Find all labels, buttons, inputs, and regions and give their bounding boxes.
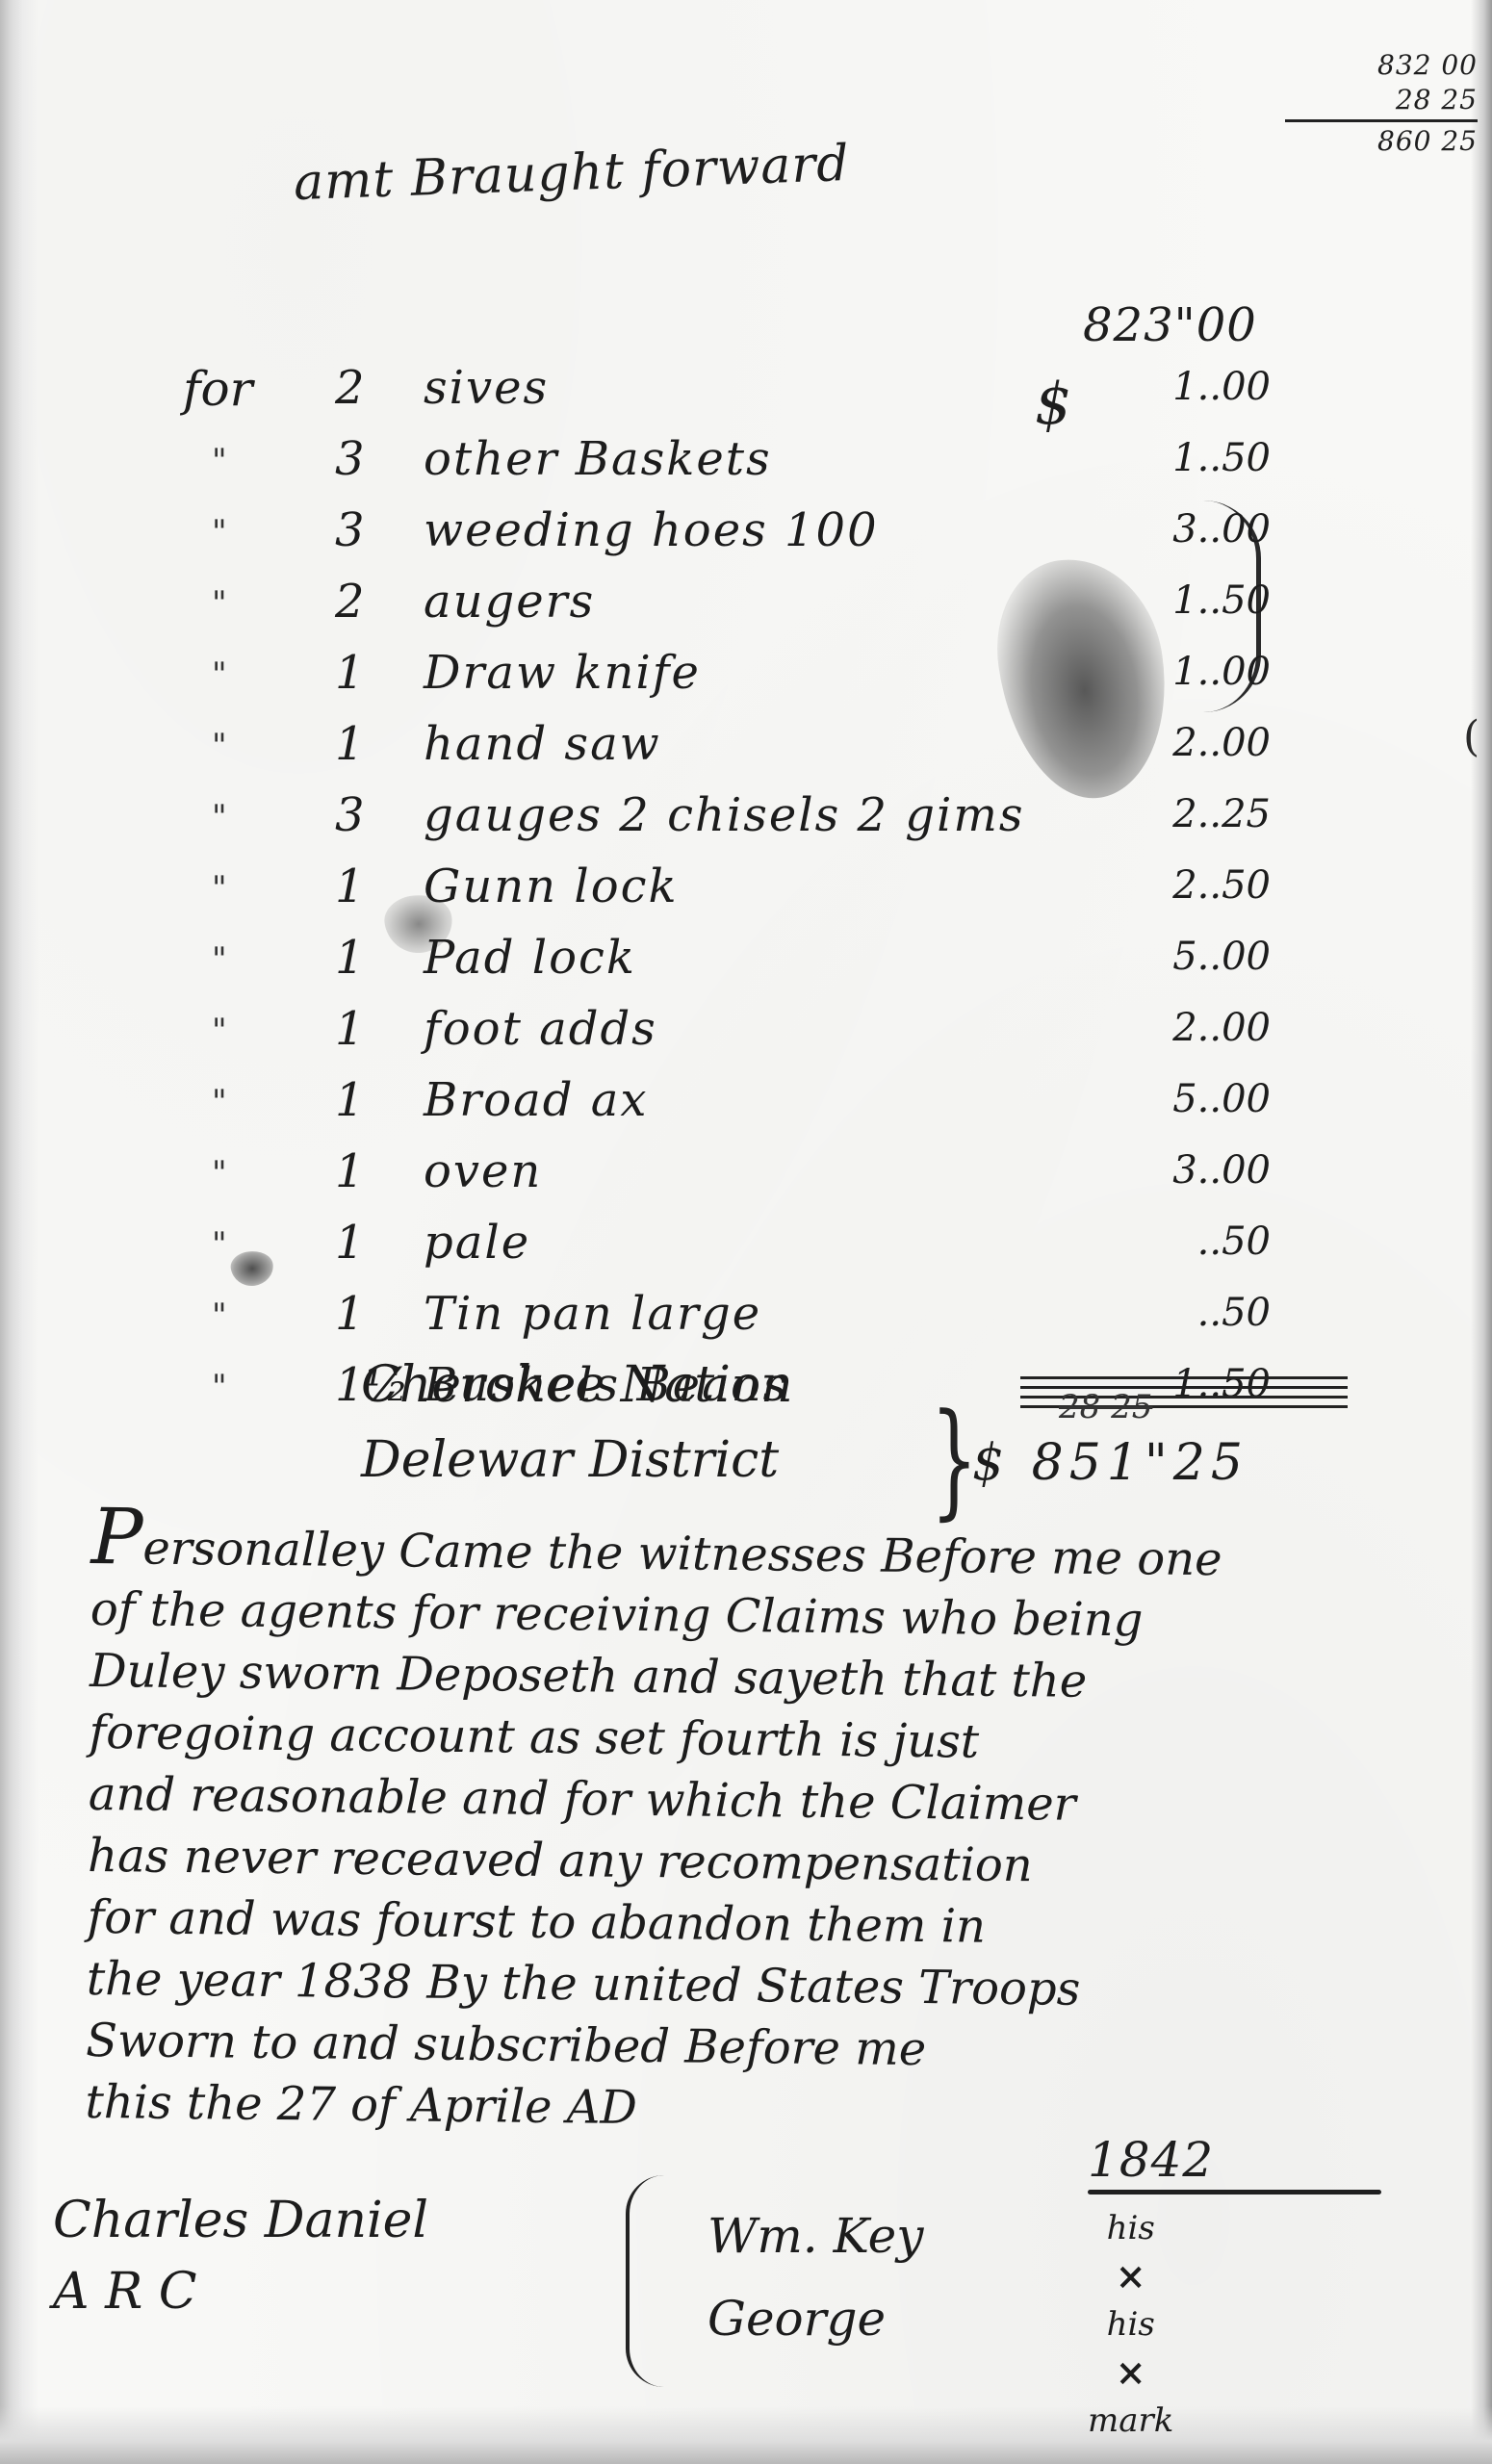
item-description: other Baskets bbox=[424, 432, 772, 486]
ditto-mark: " bbox=[212, 940, 227, 979]
header-title: amt Braught forward bbox=[293, 135, 850, 212]
item-price: 2..50 bbox=[1078, 863, 1271, 908]
page-bottom-edge-shadow bbox=[0, 2406, 1492, 2464]
witness-marks: his × his × mark bbox=[1088, 2204, 1173, 2445]
edge-paren-mark: ( bbox=[1463, 712, 1479, 761]
item-price: 1..00 bbox=[1078, 650, 1271, 694]
margin-calc-rule bbox=[1285, 119, 1478, 122]
grand-total-value: 851"25 bbox=[1032, 1434, 1248, 1492]
mark-label-mark: mark bbox=[1088, 2397, 1173, 2445]
item-description: gauges 2 chisels 2 gims bbox=[424, 788, 1025, 842]
item-price: 1..50 bbox=[1078, 436, 1271, 480]
margin-calc-result: 860 25 bbox=[1285, 124, 1478, 159]
ditto-mark: " bbox=[212, 1225, 227, 1264]
grand-total-dollar-icon: $ bbox=[972, 1434, 1010, 1492]
affidavit-line: this the 27 of Aprile AD bbox=[85, 2071, 1462, 2147]
ledger-row: " 1 Draw knife 1..00 bbox=[173, 646, 1328, 717]
ditto-mark: " bbox=[212, 1083, 227, 1121]
ledger-row: " 3 gauges 2 chisels 2 gims 2..25 bbox=[173, 788, 1328, 860]
item-qty: 1 bbox=[335, 931, 365, 985]
item-qty: 1 bbox=[335, 717, 365, 771]
ledger-row: " 3 other Baskets 1..50 bbox=[173, 432, 1328, 503]
item-price: 2..00 bbox=[1078, 1006, 1271, 1050]
ledger-row: " 3 weeding hoes 100 3..00 bbox=[173, 503, 1328, 575]
item-qty: 1 bbox=[335, 860, 365, 913]
item-price: 3..00 bbox=[1078, 1148, 1271, 1193]
subtotal-rules: 28 25 bbox=[1020, 1376, 1348, 1415]
ditto-mark: " bbox=[212, 798, 227, 836]
item-qty: 1 bbox=[335, 1144, 365, 1198]
item-qty: 3 bbox=[335, 432, 365, 486]
ledger-items: for 2 sives 1..00 " 3 other Baskets 1..5… bbox=[173, 361, 1328, 1429]
district-name: Delewar District bbox=[361, 1423, 793, 1498]
agent-signature: Charles Daniel A R C bbox=[53, 2185, 428, 2327]
item-description: weeding hoes 100 bbox=[424, 503, 879, 557]
item-price: 1..50 bbox=[1078, 578, 1271, 623]
ditto-mark: " bbox=[212, 584, 227, 623]
page-left-edge-shadow bbox=[0, 0, 39, 2464]
ledger-row: " 1 pale ..50 bbox=[173, 1216, 1328, 1287]
item-price: 3..00 bbox=[1078, 507, 1271, 552]
ditto-mark: " bbox=[212, 442, 227, 480]
x-mark-icon: × bbox=[1088, 2252, 1173, 2300]
ledger-row: " 2 augers 1..50 bbox=[173, 575, 1328, 646]
item-description: sives bbox=[424, 361, 549, 415]
witness-brace-icon bbox=[626, 2175, 678, 2387]
item-qty: 3 bbox=[335, 788, 365, 842]
item-description: Tin pan large bbox=[424, 1287, 761, 1341]
item-description: oven bbox=[424, 1144, 542, 1198]
item-price: 5..00 bbox=[1078, 1077, 1271, 1121]
district-brace-icon: } bbox=[931, 1386, 979, 1532]
ditto-mark: " bbox=[212, 655, 227, 694]
affidavit-year: 1842 bbox=[1088, 2132, 1214, 2188]
witness-signatures: Wm. Key George bbox=[707, 2194, 923, 2360]
amount-brought-forward: 823"00 bbox=[1083, 298, 1257, 352]
item-description: Draw knife bbox=[424, 646, 701, 700]
x-mark-icon: × bbox=[1088, 2348, 1173, 2397]
item-price: ..50 bbox=[1078, 1219, 1271, 1264]
item-description: Gunn lock bbox=[424, 860, 679, 913]
margin-calc-line-2: 28 25 bbox=[1285, 83, 1478, 117]
item-description: augers bbox=[424, 575, 595, 629]
item-qty: 1 bbox=[335, 646, 365, 700]
ditto-mark: " bbox=[212, 869, 227, 908]
witness-2-name: George bbox=[707, 2277, 923, 2360]
mark-label-his: his bbox=[1088, 2204, 1173, 2252]
nation-name: Cherokee Nation bbox=[361, 1347, 793, 1423]
ledger-row: " 1 Gunn lock 2..50 bbox=[173, 860, 1328, 931]
item-qty: 1 bbox=[335, 1287, 365, 1341]
ditto-mark: " bbox=[212, 1368, 227, 1406]
ditto-mark: " bbox=[212, 727, 227, 765]
struck-subtotal: 28 25 bbox=[1059, 1388, 1152, 1426]
ditto-mark: " bbox=[212, 513, 227, 552]
ledger-row: for 2 sives 1..00 bbox=[173, 361, 1328, 432]
margin-calc-line-1: 832 00 bbox=[1285, 48, 1478, 83]
ledger-row: " 1 Broad ax 5..00 bbox=[173, 1073, 1328, 1144]
affidavit-text: Personalley Came the witnesses Before me… bbox=[85, 1506, 1468, 2147]
item-qty: 2 bbox=[335, 361, 365, 415]
item-prefix: for bbox=[183, 361, 253, 417]
agent-title: A R C bbox=[53, 2256, 428, 2327]
year-underline bbox=[1088, 2190, 1381, 2194]
item-qty: 1 bbox=[335, 1002, 365, 1056]
item-description: pale bbox=[424, 1216, 530, 1270]
witness-1-name: Wm. Key bbox=[707, 2194, 923, 2277]
page-right-edge-shadow bbox=[1471, 0, 1492, 2464]
item-price: 2..00 bbox=[1078, 721, 1271, 765]
item-price: 1..00 bbox=[1078, 365, 1271, 409]
item-description: Pad lock bbox=[424, 931, 636, 985]
item-price: 2..25 bbox=[1078, 792, 1271, 836]
item-qty: 2 bbox=[335, 575, 365, 629]
total-rule bbox=[1020, 1376, 1348, 1379]
item-description: foot adds bbox=[424, 1002, 657, 1056]
item-qty: 3 bbox=[335, 503, 365, 557]
ledger-row: " 1 Pad lock 5..00 bbox=[173, 931, 1328, 1002]
item-qty: 1 bbox=[335, 1073, 365, 1127]
ledger-row: " 1 foot adds 2..00 bbox=[173, 1002, 1328, 1073]
agent-name: Charles Daniel bbox=[53, 2185, 428, 2256]
document-page: 832 00 28 25 860 25 amt Braught forward … bbox=[0, 0, 1492, 2464]
ledger-row: " 1 hand saw 2..00 bbox=[173, 717, 1328, 788]
margin-calculation: 832 00 28 25 860 25 bbox=[1285, 48, 1478, 159]
item-price: 5..00 bbox=[1078, 935, 1271, 979]
ditto-mark: " bbox=[212, 1296, 227, 1335]
ledger-row: " 1 oven 3..00 bbox=[173, 1144, 1328, 1216]
mark-label-his: his bbox=[1088, 2300, 1173, 2348]
item-price: ..50 bbox=[1078, 1291, 1271, 1335]
item-description: hand saw bbox=[424, 717, 661, 771]
district-heading: Cherokee Nation Delewar District bbox=[361, 1347, 793, 1498]
grand-total: $ 851"25 bbox=[972, 1434, 1248, 1492]
ditto-mark: " bbox=[212, 1012, 227, 1050]
item-qty: 1 bbox=[335, 1216, 365, 1270]
item-description: Broad ax bbox=[424, 1073, 648, 1127]
ditto-mark: " bbox=[212, 1154, 227, 1193]
